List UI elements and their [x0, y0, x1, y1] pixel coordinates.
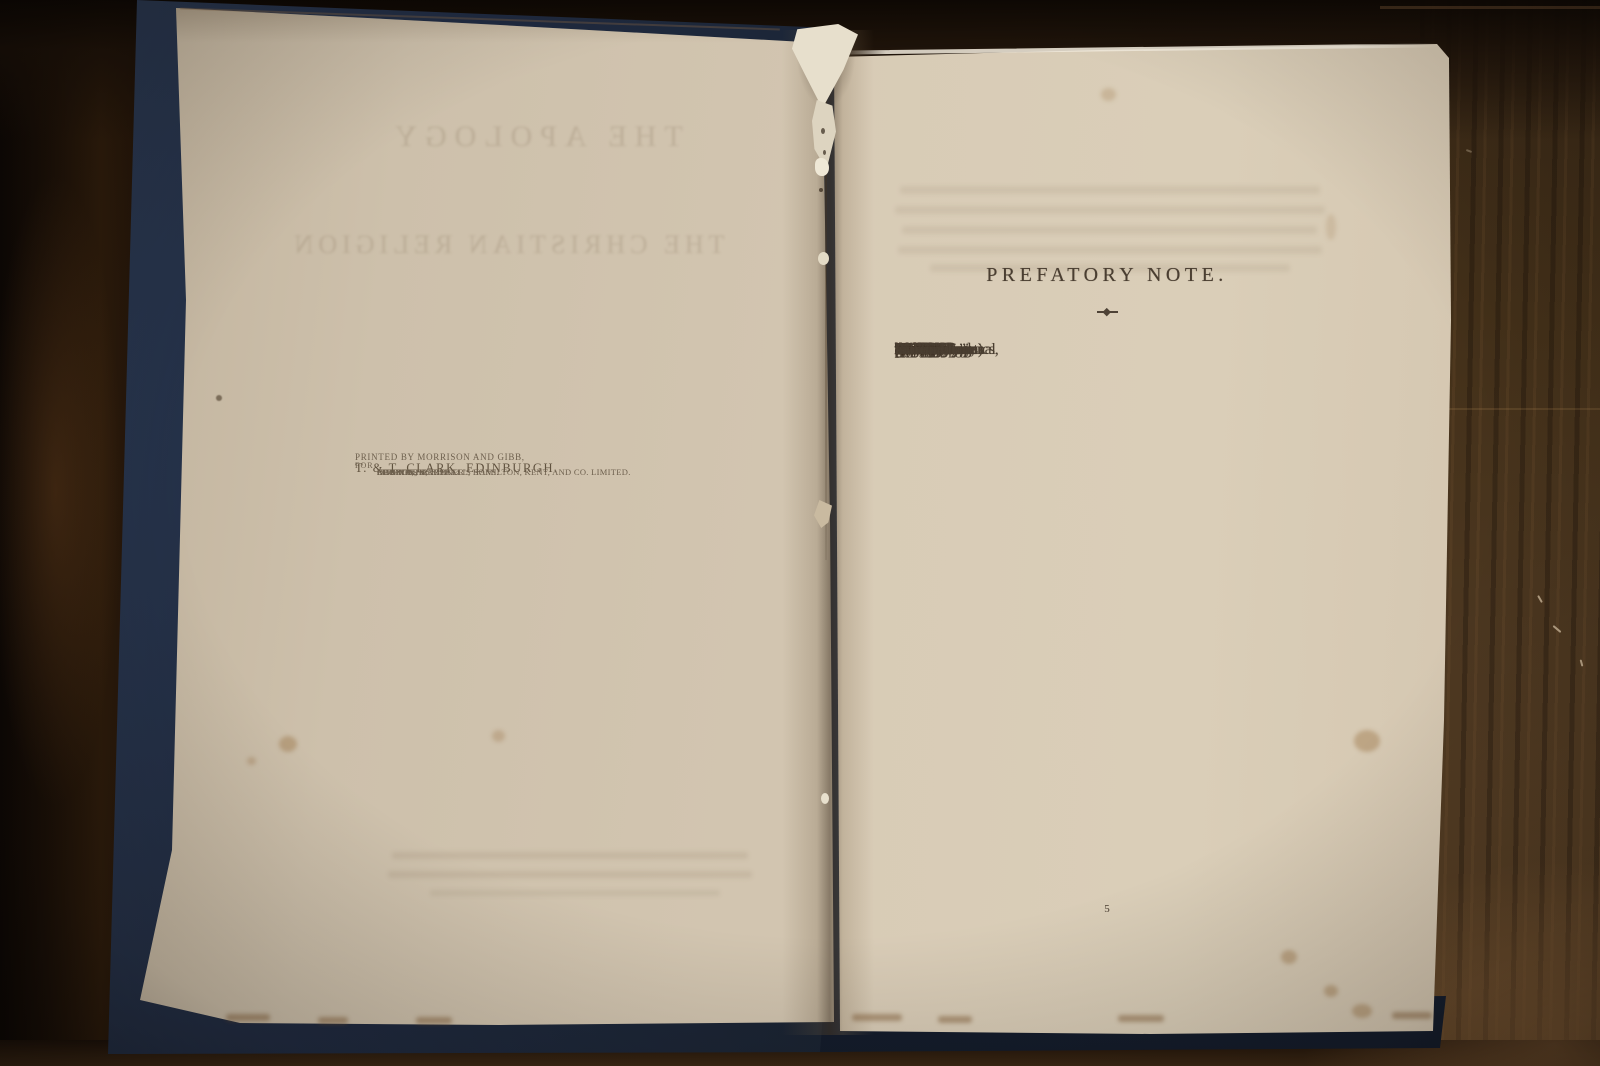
ghost-showthrough-line: [895, 206, 1325, 214]
binding-speck: [819, 188, 823, 192]
page-title: PREFATORY NOTE.: [895, 264, 1319, 287]
edge-stain: [852, 1014, 902, 1021]
torn-paper-fragment: [818, 252, 829, 265]
edge-stain: [1392, 1012, 1432, 1019]
ghost-showthrough-line: [898, 246, 1322, 254]
word: is: [895, 341, 905, 359]
edge-stain: [938, 1016, 972, 1023]
wood-plank-seam: [1380, 6, 1600, 9]
fox-spot: [279, 736, 297, 752]
fox-spot: [492, 730, 505, 742]
ghost-showthrough-line: [392, 852, 748, 859]
fox-spot: [1281, 950, 1297, 964]
fox-spot: [216, 395, 222, 401]
fox-spot: [1324, 985, 1338, 997]
fox-spot: [1354, 730, 1380, 752]
torn-paper-fragment: [815, 158, 829, 176]
book-gutter-shadow: [782, 30, 874, 1035]
agent-name: CHARLES SCRIBNER'S SONS.: [377, 465, 499, 480]
fox-spot: [1101, 88, 1116, 101]
photo-open-antique-book: THE APOLOGY THE CHRISTIAN RELIGION PRINT…: [0, 0, 1600, 1066]
edge-stain: [416, 1017, 452, 1024]
ornament-line: [1097, 311, 1118, 312]
edge-stain: [226, 1014, 270, 1021]
ghost-showthrough-line: [430, 890, 720, 896]
binding-speck: [821, 128, 825, 134]
fox-spot: [1326, 214, 1336, 240]
torn-paper-fragment: [821, 793, 829, 804]
edge-stain: [318, 1017, 348, 1024]
ghost-showthrough-line: [388, 871, 752, 878]
ghost-showthrough-line: [900, 186, 1320, 194]
page-number: 5: [895, 903, 1319, 915]
edge-stain: [1118, 1015, 1164, 1022]
binding-speck: [823, 150, 826, 155]
ghost-showthrough-title: THE CHRISTIAN RELIGION: [272, 230, 742, 260]
ghost-showthrough-title: THE APOLOGY: [345, 120, 725, 154]
wood-plank-seam: [1442, 408, 1600, 410]
ghost-showthrough-line: [902, 226, 1317, 234]
fox-spot: [1352, 1004, 1372, 1018]
fox-spot: [247, 757, 256, 765]
